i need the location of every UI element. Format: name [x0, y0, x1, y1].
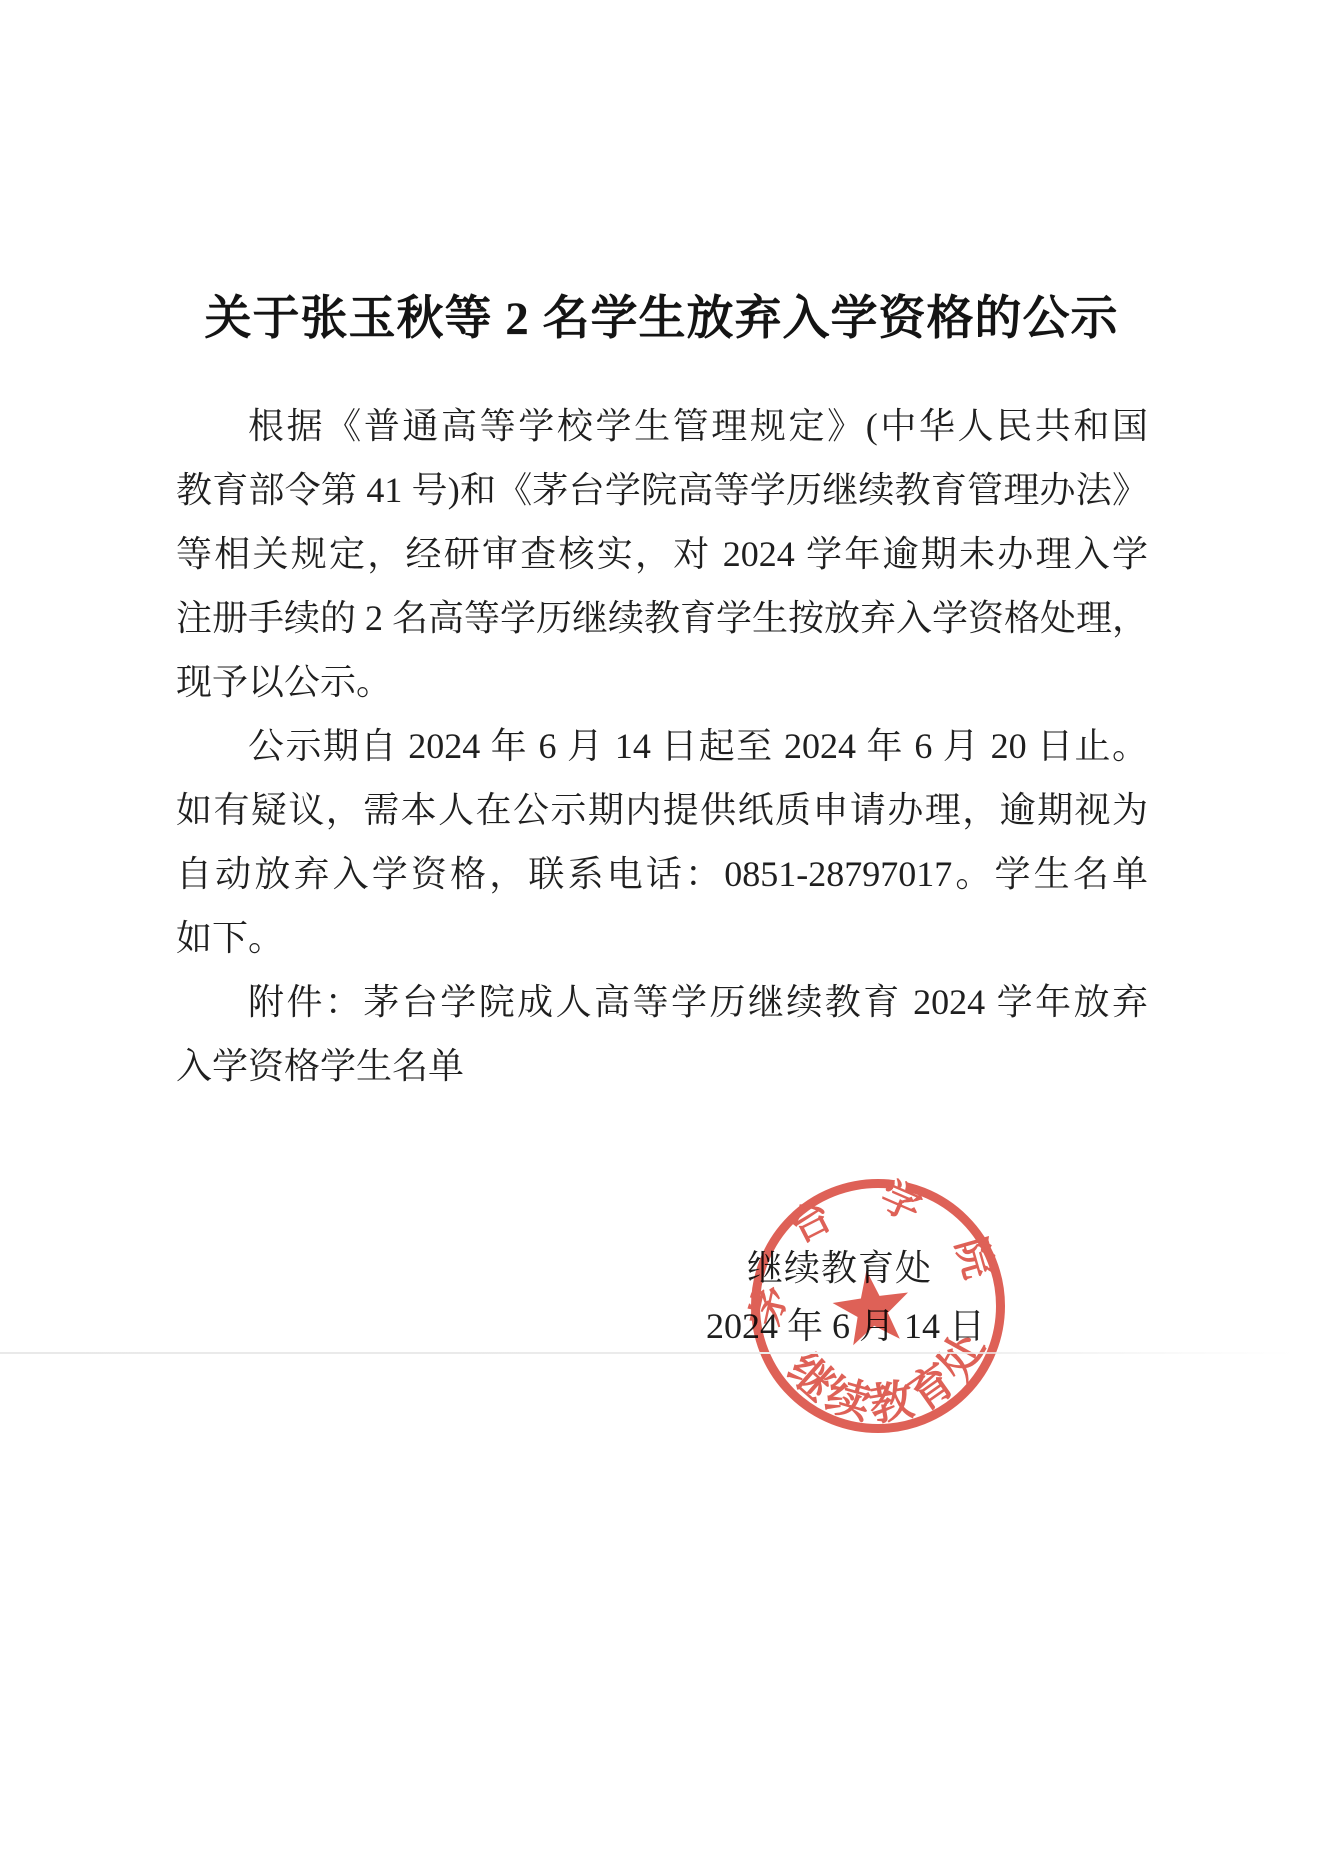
- body-line: 如下。: [176, 906, 1148, 970]
- paragraph: 根据《普通高等学校学生管理规定》(中华人民共和国 教育部令第 41 号)和《茅台…: [176, 394, 1148, 714]
- body-line: 现予以公示。: [176, 650, 1148, 714]
- paragraph: 附件：茅台学院成人高等学历继续教育 2024 学年放弃 入学资格学生名单: [176, 970, 1148, 1098]
- body-line: 如有疑议，需本人在公示期内提供纸质申请办理，逾期视为: [176, 778, 1148, 842]
- body-line: 公示期自 2024 年 6 月 14 日起至 2024 年 6 月 20 日止。: [176, 714, 1148, 778]
- document-body: 根据《普通高等学校学生管理规定》(中华人民共和国 教育部令第 41 号)和《茅台…: [176, 394, 1148, 1098]
- paragraph: 公示期自 2024 年 6 月 14 日起至 2024 年 6 月 20 日止。…: [176, 714, 1148, 970]
- seal-bottom-text-container: 继续教育处: [779, 1320, 997, 1431]
- official-seal: 茅台学院 继续教育处: [745, 1173, 1011, 1439]
- body-line: 根据《普通高等学校学生管理规定》(中华人民共和国: [176, 394, 1148, 458]
- seal-star: [833, 1270, 908, 1345]
- body-line: 注册手续的 2 名高等学历继续教育学生按放弃入学资格处理，: [176, 586, 1148, 650]
- notice-page: 关于张玉秋等 2 名学生放弃入学资格的公示 根据《普通高等学校学生管理规定》(中…: [0, 0, 1323, 1870]
- body-line: 自动放弃入学资格，联系电话：0851-28797017。学生名单: [176, 842, 1148, 906]
- body-line: 等相关规定，经研审查核实，对 2024 学年逾期未办理入学: [176, 522, 1148, 586]
- body-line: 附件：茅台学院成人高等学历继续教育 2024 学年放弃: [176, 970, 1148, 1034]
- document-title: 关于张玉秋等 2 名学生放弃入学资格的公示: [0, 290, 1323, 348]
- body-line: 入学资格学生名单: [176, 1034, 1148, 1098]
- body-line: 教育部令第 41 号)和《茅台学院高等学历继续教育管理办法》: [176, 458, 1148, 522]
- seal-bottom-text: 继续教育处: [779, 1320, 997, 1431]
- scan-crease-line: [0, 1352, 1295, 1354]
